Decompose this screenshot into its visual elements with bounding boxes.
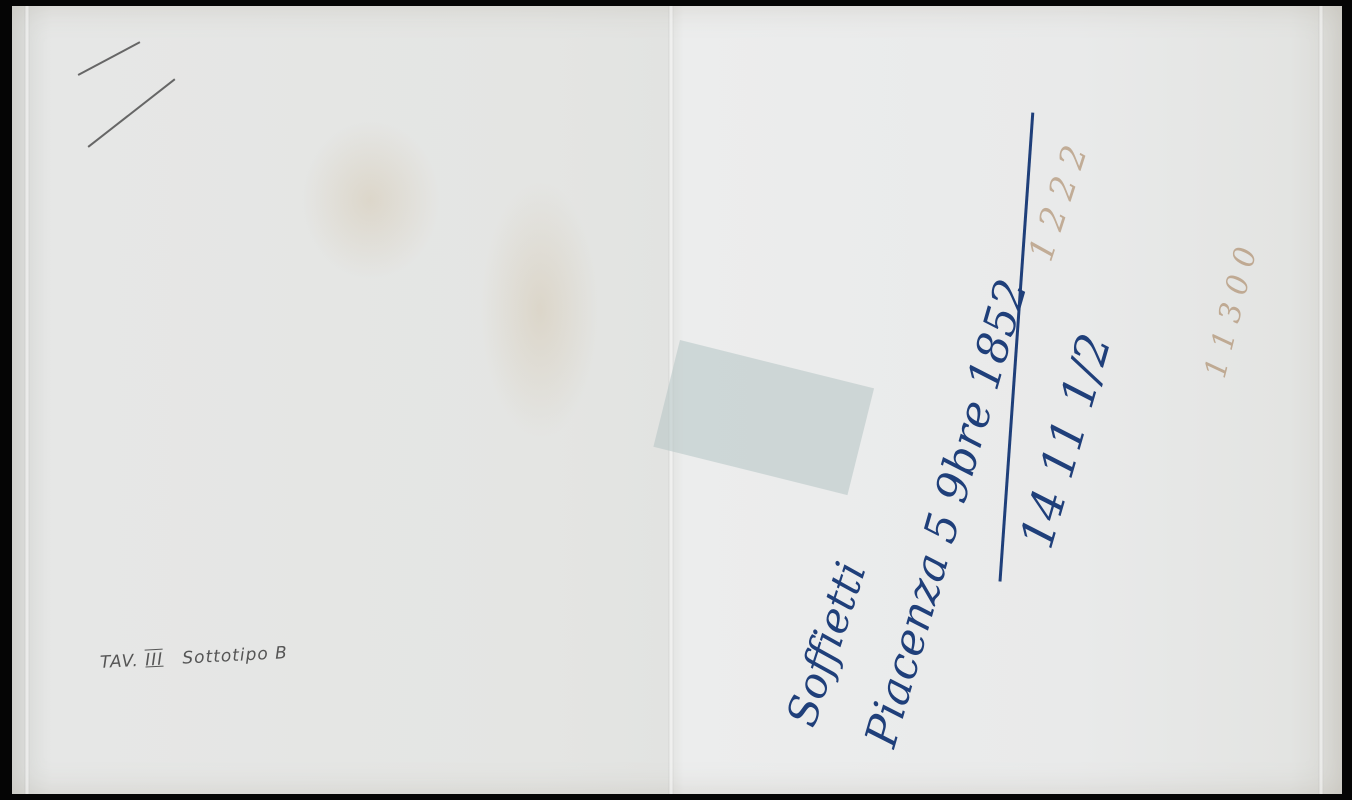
paper-stain [300, 120, 440, 280]
fold-line-left [24, 6, 30, 794]
pencil-prefix: TAV. [100, 651, 140, 673]
fold-line-right [1318, 6, 1324, 794]
pencil-plate: III [145, 650, 164, 671]
paper-stain [480, 180, 600, 440]
